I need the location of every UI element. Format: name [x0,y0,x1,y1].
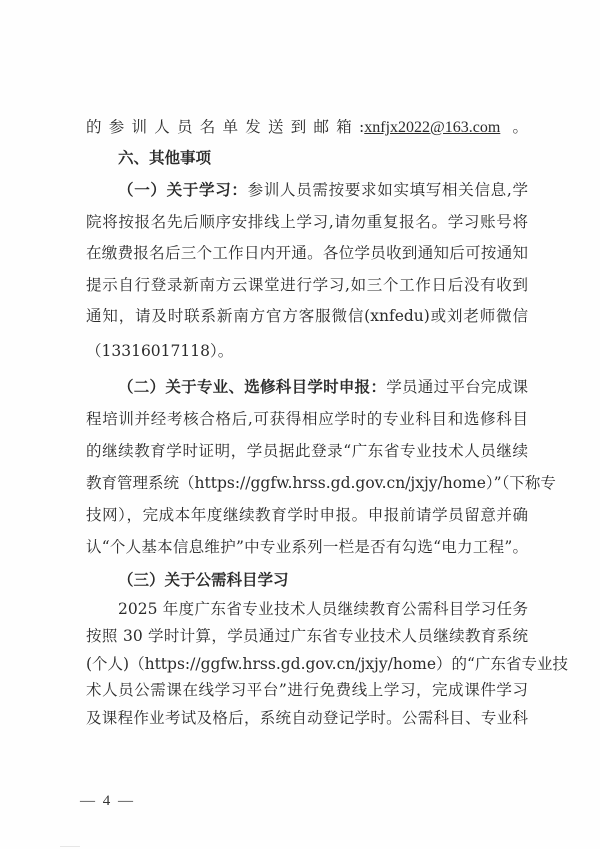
subsection-title-public-courses: （三）关于公需科目学习 [118,568,528,592]
subsection-title-study: （一）关于学习： [118,180,248,199]
paragraph-line: 及课程作业考试及格后，系统自动登记学时。公需科目、专业科 [86,706,528,730]
email-line-prefix: 的参训人员名单发送到邮箱: [86,118,364,136]
paragraph-line: 技网），完成本年度继续教育学时申报。申报前请学员留意并确 [86,503,528,527]
paragraph-line-url: 教育管理系统（https://ggfw.hrss.gd.gov.cn/jxjy/… [86,471,528,495]
paragraph-line: 术人员公需课在线学习平台”进行免费线上学习，完成课件学习 [86,678,528,702]
section-heading-other-matters: 六、其他事项 [118,146,528,170]
email-link[interactable]: xnfjx2022@163.com [364,119,500,136]
document-page: 的参训人员名单发送到邮箱:xnfjx2022@163.com 。 六、其他事项 … [0,0,600,849]
paragraph-line: （二）关于专业、选修科目学时申报：学员通过平台完成课 [118,375,528,399]
subsection-title-credit-report: （二）关于专业、选修科目学时申报： [118,377,386,396]
email-line: 的参训人员名单发送到邮箱:xnfjx2022@163.com 。 [86,115,528,139]
paragraph-line: 在缴费报名后三个工作日内开通。各位学员收到通知后可按通知 [86,241,528,265]
paragraph-line: 院将按报名先后顺序安排线上学习,请勿重复报名。学习账号将 [86,210,528,234]
page-number: — 4 — [80,793,135,810]
paragraph-line-url: (个人)（https://ggfw.hrss.gd.gov.cn/jxjy/ho… [86,652,528,676]
paragraph-line: 2025 年度广东省专业技术人员继续教育公需科目学习任务 [118,597,528,621]
email-line-suffix: 。 [500,118,528,136]
paragraph-line: 程培训并经考核合格后,可获得相应学时的专业科目和选修科目 [86,407,528,431]
paragraph-line: 认“个人基本信息维护”中专业系列一栏是否有勾选“电力工程”。 [86,535,528,559]
paragraph-line: 提示自行登录新南方云课堂进行学习,如三个工作日后没有收到 [86,273,528,297]
paragraph-line: 的继续教育学时证明，学员据此登录“广东省专业技术人员继续 [86,439,528,463]
paragraph-line: 通知，请及时联系新南方官方客服微信(xnfedu)或刘老师微信 [86,304,528,328]
paragraph-text: 参训人员需按要求如实填写相关信息,学 [248,181,528,199]
paragraph-text: 学员通过平台完成课 [386,378,528,396]
paragraph-line: （一）关于学习：参训人员需按要求如实填写相关信息,学 [118,178,528,202]
scan-artifact [60,846,80,847]
paragraph-line: 按照 30 学时计算，学员通过广东省专业技术人员继续教育系统 [86,624,528,648]
paragraph-line-phone: （13316017118）。 [86,339,528,363]
